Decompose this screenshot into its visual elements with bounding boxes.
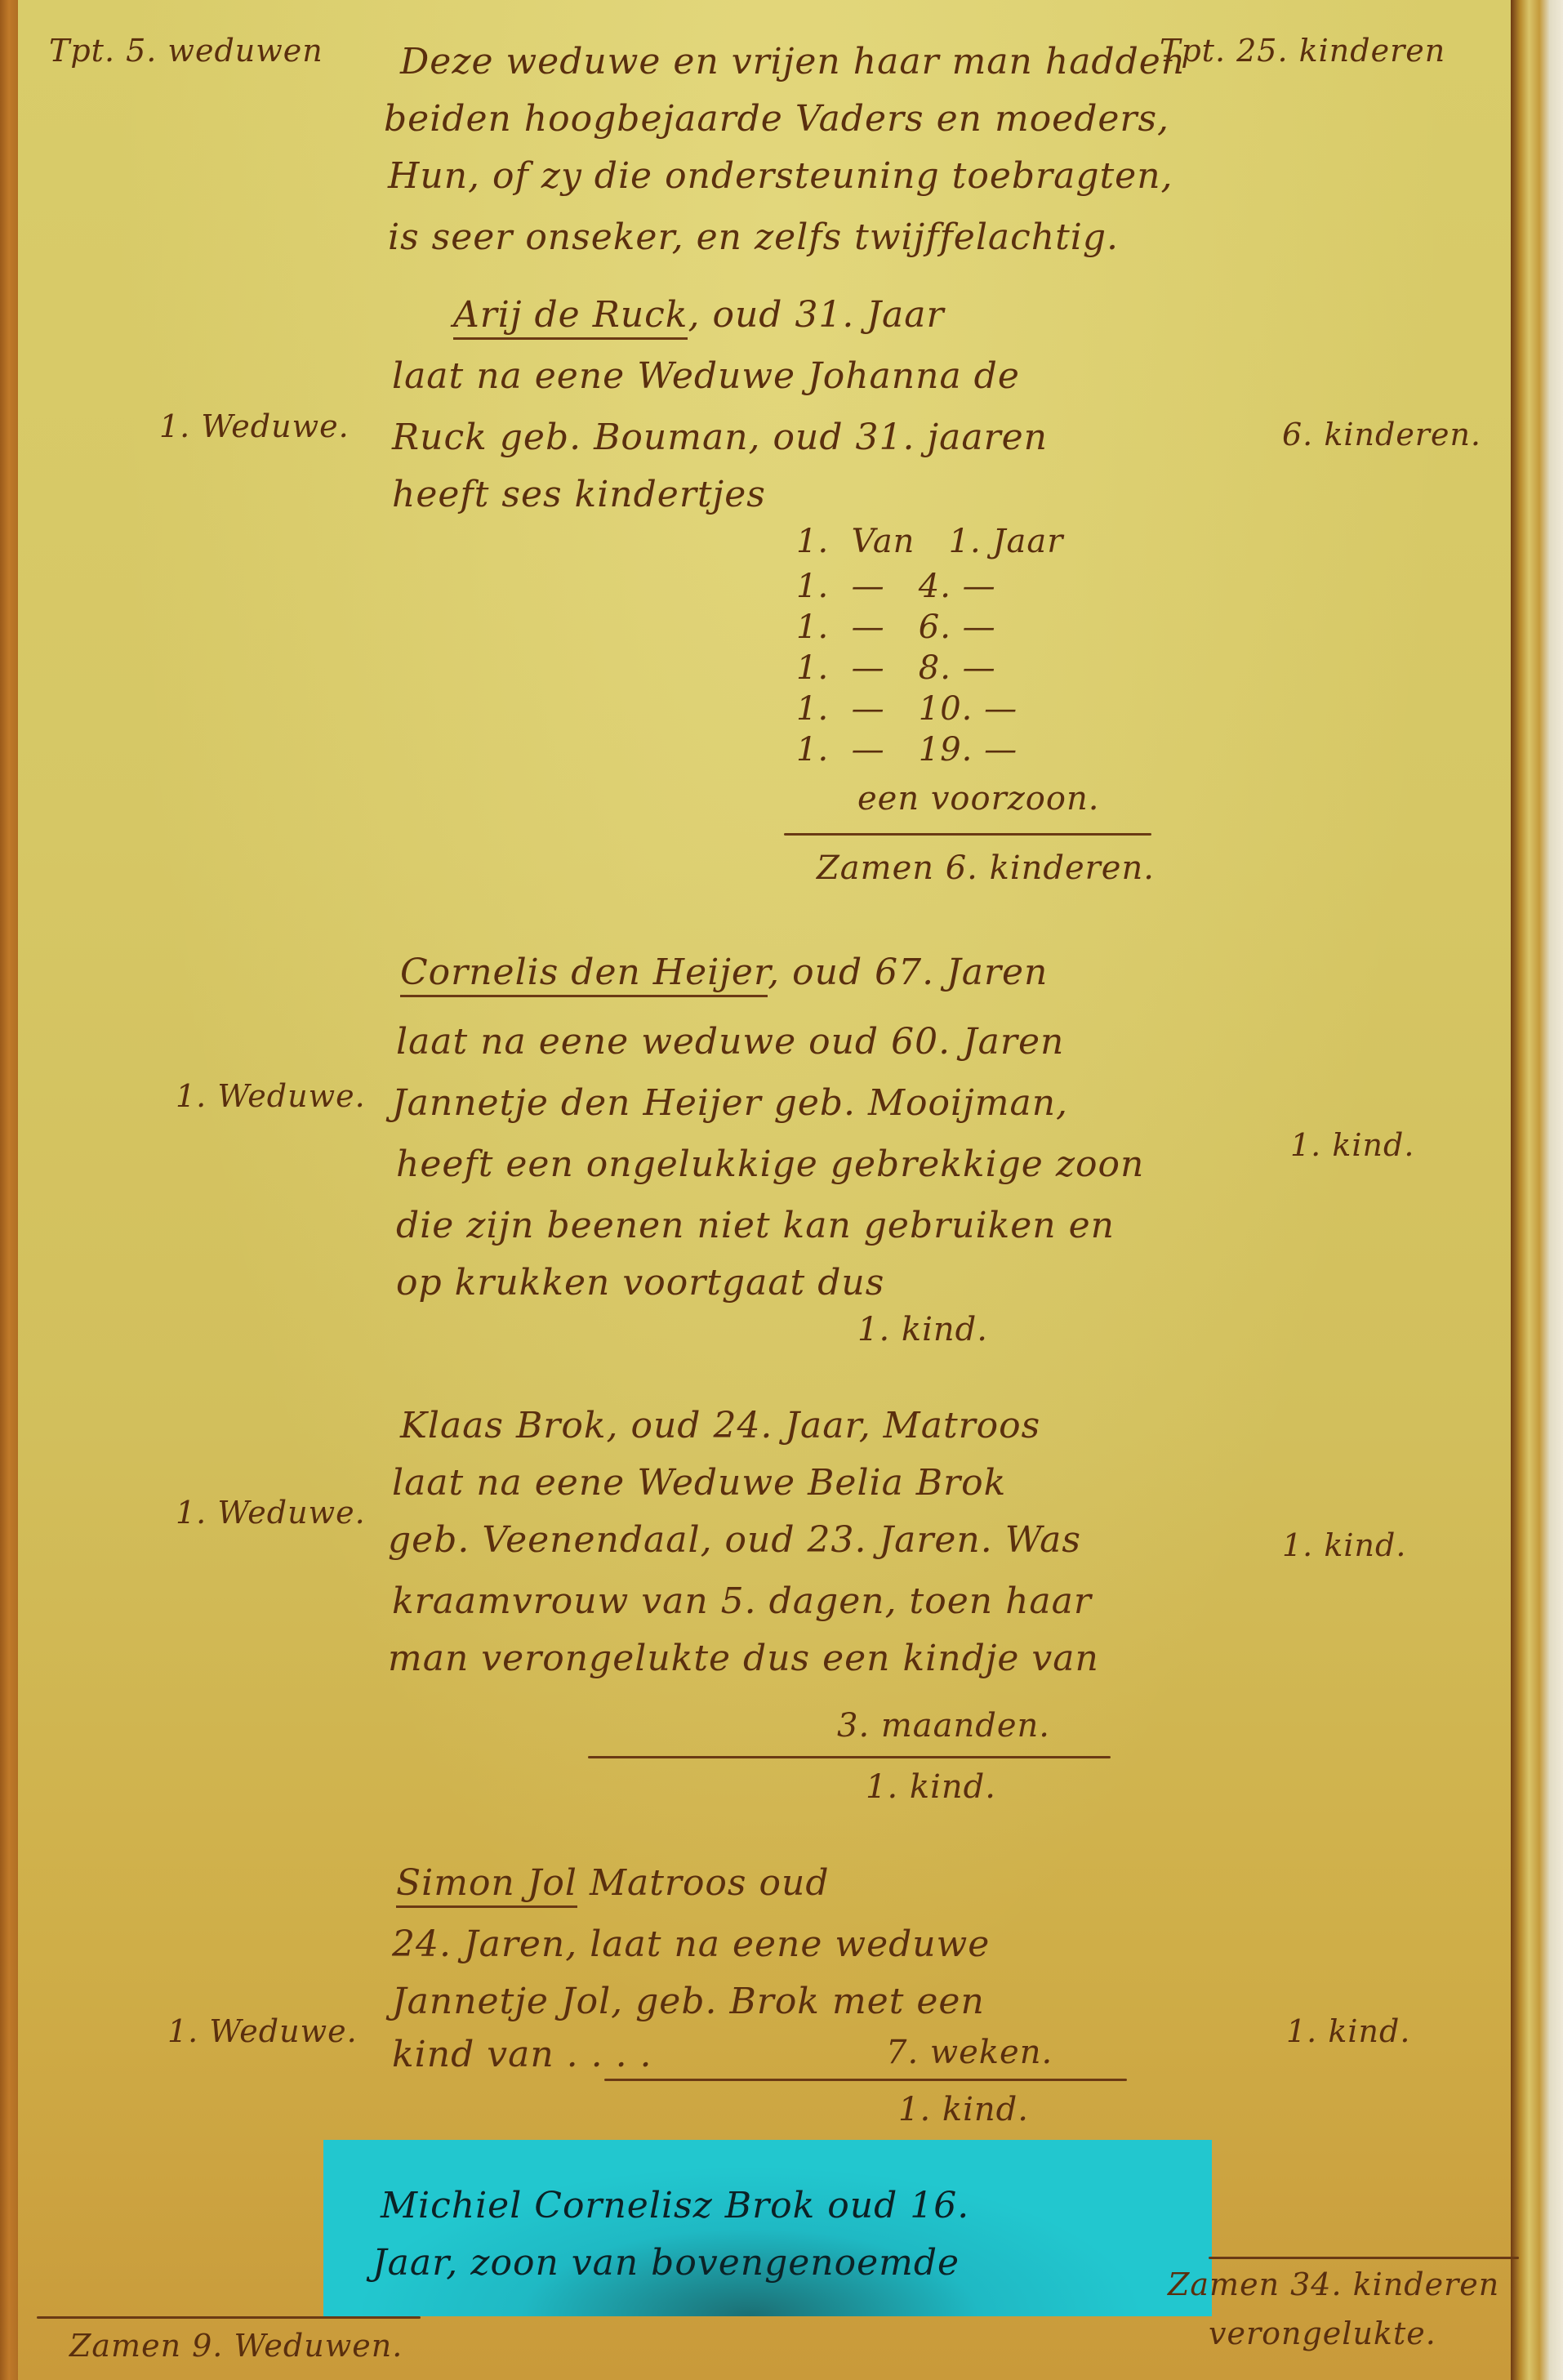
entry-left-margin: 1. Weduwe.: [159, 408, 350, 444]
entry-line: kind van . . . .: [392, 2034, 652, 2075]
footer-rule-left: [37, 2316, 421, 2319]
entry-line-text: , oud 67. Jaren: [768, 952, 1048, 993]
entry-left-margin: 1. Weduwe.: [176, 1495, 366, 1531]
child-row: 1. — 19. —: [796, 731, 1018, 769]
manuscript-page: Tpt. 5. weduwen Tpt. 25. kinderen Deze w…: [0, 0, 1563, 2380]
entry-right-margin: 1. kind.: [1286, 2013, 1410, 2049]
intro-line: Deze weduwe en vrijen haar man hadden: [400, 41, 1185, 82]
child-unit: —: [963, 568, 996, 605]
footer-right-total: Zamen 34. kinderen: [1168, 2266, 1499, 2302]
header-right-margin: Tpt. 25. kinderen: [1160, 33, 1445, 69]
entry-line: 24. Jaren, laat na eene weduwe: [392, 1923, 990, 1965]
entry-line: heeft een ongelukkige gebrekkige zoon: [396, 1143, 1144, 1185]
entry-line: laat na eene Weduwe Belia Brok: [392, 1462, 1006, 1504]
entry-line: geb. Veenendaal, oud 23. Jaren. Was: [388, 1519, 1081, 1561]
book-binding-left: [0, 0, 18, 2380]
child-row: 1. — 10. —: [796, 690, 1018, 728]
child-row: 1. — 8. —: [796, 649, 996, 687]
person-name: Simon Jol: [396, 1862, 577, 1908]
intro-line: Hun, of zy die ondersteuning toebragten,: [388, 155, 1173, 197]
entry-line: laat na eene weduwe oud 60. Jaren: [396, 1021, 1064, 1063]
entry-total: 1. kind.: [866, 1768, 996, 1806]
child-age: 8.: [919, 649, 951, 687]
child-count: 1.: [796, 608, 829, 646]
page-edge-right: [1511, 0, 1563, 2380]
entry-line: Jannetje den Heijer geb. Mooijman,: [392, 1082, 1068, 1124]
footer-left-total: Zamen 9. Weduwen.: [69, 2328, 403, 2364]
intro-line: beiden hoogbejaarde Vaders en moeders,: [384, 98, 1169, 140]
child-age: 10.: [919, 690, 973, 728]
entry-line: kraamvrouw van 5. dagen, toen haar: [392, 1580, 1092, 1622]
child-sep: Van: [852, 523, 915, 560]
child-age: 6.: [919, 608, 951, 646]
child-age: 19.: [919, 731, 973, 769]
footer-rule-right: [1209, 2257, 1519, 2259]
child-sep: —: [852, 690, 885, 728]
entry-first-line: Arij de Ruck, oud 31. Jaar: [453, 294, 945, 336]
entry-left-margin: 1. Weduwe.: [167, 2013, 358, 2049]
child-count: 1.: [796, 523, 829, 560]
sum-rule: [604, 2079, 1127, 2081]
entry-line: man verongelukte dus een kindje van: [388, 1638, 1099, 1679]
entry-total: Zamen 6. kinderen.: [817, 849, 1155, 887]
child-unit: Jaar: [992, 523, 1063, 560]
child-sep: —: [852, 568, 885, 605]
child-sep: —: [852, 608, 885, 646]
entry-line: die zijn beenen niet kan gebruiken en: [396, 1205, 1115, 1246]
entry-left-margin: 1. Weduwe.: [176, 1078, 366, 1114]
entry-line-text: Matroos oud: [577, 1862, 830, 1904]
child-row: 1. Van 1. Jaar: [796, 523, 1063, 560]
child-age-note: 7. weken.: [886, 2034, 1053, 2071]
child-count: 1.: [796, 649, 829, 687]
child-unit: —: [984, 690, 1018, 728]
child-age: 4.: [919, 568, 951, 605]
entry-line: Klaas Brok, oud 24. Jaar, Matroos: [400, 1405, 1040, 1446]
child-unit: —: [963, 649, 996, 687]
sum-rule: [784, 833, 1151, 836]
child-age-note: 3. maanden.: [837, 1707, 1050, 1745]
entry-first-line: Cornelis den Heijer, oud 67. Jaren: [400, 952, 1048, 993]
highlighted-region: Michiel Cornelisz Brok oud 16. Jaar, zoo…: [323, 2140, 1212, 2316]
entry-total: 1. kind.: [898, 2091, 1029, 2128]
footer-right-note: verongelukte.: [1209, 2315, 1436, 2351]
child-unit: —: [984, 731, 1018, 769]
intro-line: is seer onseker, en zelfs twijffelachtig…: [388, 216, 1119, 258]
entry-total: 1. kind.: [857, 1311, 988, 1348]
voorzoon-note: een voorzoon.: [857, 780, 1099, 818]
entry-line: Jannetje Jol, geb. Brok met een: [392, 1981, 985, 2022]
entry-right-margin: 1. kind.: [1282, 1527, 1406, 1563]
highlighted-line: Michiel Cornelisz Brok oud 16.: [381, 2185, 969, 2226]
child-age: 1.: [949, 523, 982, 560]
entry-first-line: Simon Jol Matroos oud: [396, 1862, 829, 1904]
child-unit: —: [963, 608, 996, 646]
entry-right-margin: 1. kind.: [1290, 1127, 1414, 1163]
child-count: 1.: [796, 690, 829, 728]
entry-line: heeft ses kindertjes: [392, 474, 766, 515]
person-name: Cornelis den Heijer: [400, 952, 768, 997]
entry-line: laat na eene Weduwe Johanna de: [392, 355, 1020, 397]
child-sep: —: [852, 731, 885, 769]
entry-right-margin: 6. kinderen.: [1282, 417, 1481, 452]
child-count: 1.: [796, 731, 829, 769]
highlighted-line: Jaar, zoon van bovengenoemde: [372, 2242, 960, 2284]
child-row: 1. — 6. —: [796, 608, 996, 646]
child-sep: —: [852, 649, 885, 687]
person-name: Arij de Ruck: [453, 294, 688, 340]
entry-line-text: , oud 31. Jaar: [688, 294, 944, 336]
child-count: 1.: [796, 568, 829, 605]
sum-rule: [588, 1756, 1111, 1758]
header-left-margin: Tpt. 5. weduwen: [49, 33, 323, 69]
entry-line: Ruck geb. Bouman, oud 31. jaaren: [392, 417, 1048, 458]
entry-line: op krukken voortgaat dus: [396, 1262, 884, 1304]
child-row: 1. — 4. —: [796, 568, 996, 605]
